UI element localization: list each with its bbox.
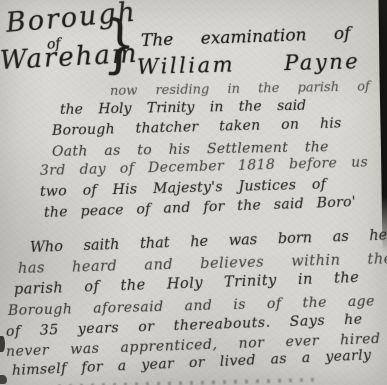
ink-blot-left-upper [0,336,5,352]
manuscript-line-examinee-name: William Payne [137,49,361,79]
manuscript-line: The examination of [141,24,351,51]
manuscript-line: now residing in the parish of [110,79,370,99]
scan-edge-shadow [377,0,387,252]
ink-blot-left-lower [0,375,7,384]
manuscript-line: Borough thatcher taken on his [52,115,342,139]
cropped-bottom-line [58,378,320,385]
brace-glyph: } [103,12,137,77]
manuscript-page: Borough of Wareham } The examination of … [0,0,387,385]
manuscript-line: the Holy Trinity in the said [60,98,306,118]
